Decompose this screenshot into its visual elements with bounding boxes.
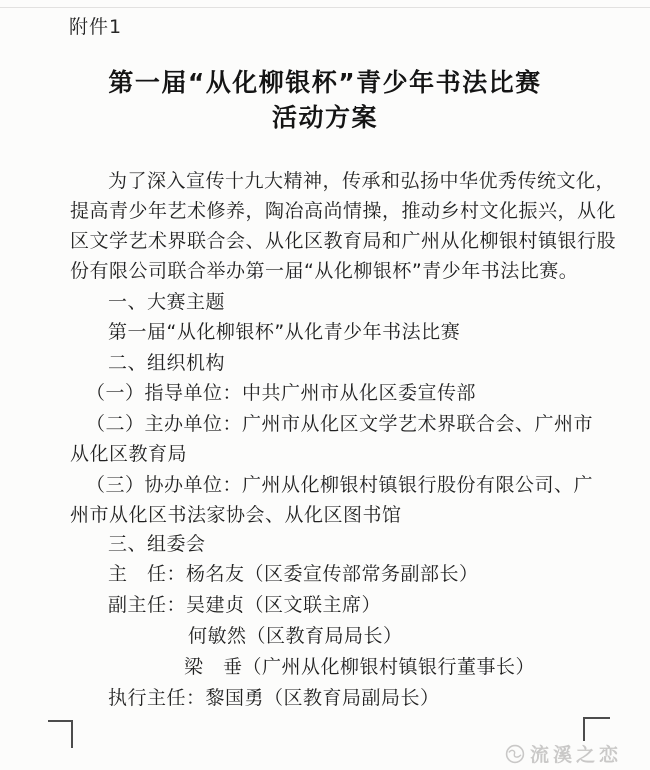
- paragraph-line: 为了深入宣传十九大精神，传承和弘扬中华优秀传统文化，: [108, 166, 615, 193]
- text-boundary-mark-bottom-right: [583, 717, 610, 741]
- section-heading-1: 一、大赛主题: [108, 287, 225, 314]
- text-boundary-mark-bottom-left: [48, 720, 73, 748]
- paragraph-line: 份有限公司联合举办第一届“从化柳银杯”青少年书法比赛。: [70, 256, 578, 283]
- committee-member-line: 何敏然（区教育局局长）: [188, 621, 403, 648]
- section-heading-3: 三、组委会: [108, 529, 206, 556]
- committee-director-line: 主 任：杨名友（区委宣传部常务副部长）: [108, 559, 479, 586]
- paragraph-line: 区文学艺术界联合会、从化区教育局和广州从化柳银村镇银行股: [70, 226, 616, 253]
- committee-exec-director-line: 执行主任：黎国勇（区教育局副局长）: [108, 683, 440, 710]
- committee-deputy-line: 副主任：吴建贞（区文联主席）: [108, 590, 381, 617]
- org-coorganizer-line-cont: 州市从化区书法家协会、从化区图书馆: [70, 500, 402, 527]
- org-host-line-cont: 从化区教育局: [70, 439, 187, 466]
- page-top-divider: [0, 7, 650, 8]
- org-guidance-line: （一）指导单位：中共广州市从化区委宣传部: [86, 378, 476, 405]
- document-title-line-1: 第一届“从化柳银杯”青少年书法比赛: [0, 63, 650, 99]
- org-host-line: （二）主办单位：广州市从化区文学艺术界联合会、广州市: [86, 409, 593, 436]
- contest-theme-line: 第一届“从化柳银杯”从化青少年书法比赛: [108, 317, 460, 344]
- committee-member-line: 梁 垂（广州从化柳银村镇银行董事长）: [184, 652, 535, 679]
- document-title-line-2: 活动方案: [0, 98, 650, 134]
- watermark-label: 流溪之恋: [530, 740, 622, 767]
- org-coorganizer-line: （三）协办单位：广州从化柳银村镇银行股份有限公司、广: [86, 470, 593, 497]
- attachment-label: 附件1: [69, 12, 122, 39]
- watermark-logo-icon: [505, 744, 525, 764]
- paragraph-line: 提高青少年艺术修养，陶冶高尚情操，推动乡村文化振兴，从化: [70, 196, 616, 223]
- document-page: 附件1 第一届“从化柳银杯”青少年书法比赛 活动方案 为了深入宣传十九大精神，传…: [0, 0, 650, 770]
- section-heading-2: 二、组织机构: [108, 348, 225, 375]
- watermark: 流溪之恋: [505, 740, 622, 767]
